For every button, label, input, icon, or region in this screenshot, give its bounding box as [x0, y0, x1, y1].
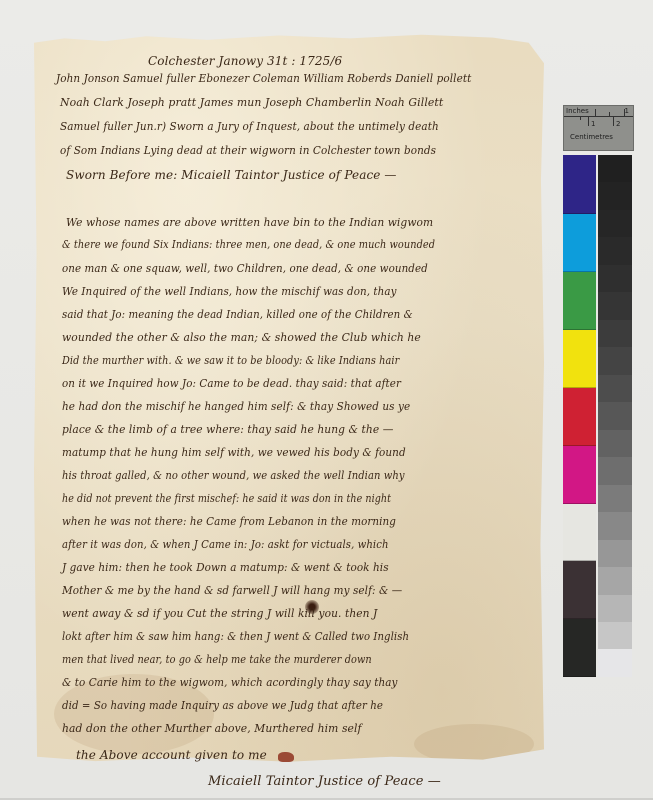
body-line-1: We whose names are above written have bi…: [66, 216, 433, 229]
body-line-4: We Inquired of the well Indians, how the…: [62, 285, 397, 298]
gray-step: [598, 182, 632, 209]
gray-step: [598, 320, 632, 347]
gray-step: [598, 430, 632, 457]
body-line-11: matump that he hung him self with, we ve…: [62, 446, 406, 459]
ruler-tick: [580, 116, 581, 120]
gray-step: [598, 210, 632, 237]
jurors-line-3: Samuel fuller Jun.r) Sworn a Jury of Inq…: [60, 120, 439, 133]
gray-step: [598, 457, 632, 484]
gray-step: [598, 375, 632, 402]
ruler-inch-mark: 1: [625, 107, 629, 115]
body-line-15: after it was don, & when J Came in: Jo: …: [62, 538, 389, 551]
ruler-divider: [564, 116, 633, 117]
body-line-7: Did the murther with. & we saw it to be …: [62, 354, 399, 367]
body-line-9: he had don the mischif he hanged him sel…: [62, 400, 410, 413]
body-line-21: & to Carie him to the wigwom, which acor…: [62, 676, 398, 689]
ruler-tick: [613, 116, 614, 126]
body-line-16: J gave him: then he took Down a matump: …: [62, 561, 389, 574]
gray-step: [598, 237, 632, 264]
color-patch-brown-black: [563, 561, 596, 619]
ruler-cm-mark-1: 1: [591, 120, 595, 128]
gray-step: [598, 649, 632, 676]
ruler-tick: [609, 112, 610, 116]
gray-step: [598, 567, 632, 594]
body-line-23: had don the other Murther above, Murther…: [62, 722, 362, 735]
color-patch-green: [563, 272, 596, 330]
gray-step: [598, 622, 632, 649]
gray-step: [598, 155, 632, 182]
color-patch-blue: [563, 155, 596, 214]
body-line-8: on it we Inquired how Jo: Came to be dea…: [62, 377, 401, 390]
body-line-18: went away & sd if you Cut the string J w…: [62, 607, 377, 620]
body-line-5: said that Jo: meaning the dead Indian, k…: [62, 308, 413, 321]
color-patch-magenta: [563, 446, 596, 504]
color-patch-column: [563, 155, 596, 677]
body-line-22: did = So having made Inquiry as above we…: [62, 699, 383, 712]
gray-step: [598, 347, 632, 374]
attestation-line: the Above account given to me: [76, 748, 267, 762]
color-patch-cyan: [563, 214, 596, 272]
gray-step: [598, 540, 632, 567]
ruler-centimetres-label: Centimetres: [570, 133, 613, 141]
jurors-line-2: Noah Clark Joseph pratt James mun Joseph…: [60, 96, 443, 109]
body-line-20: men that lived near, to go & help me tak…: [62, 653, 372, 666]
color-patch-red: [563, 388, 596, 446]
color-patch-black: [563, 619, 596, 677]
ruler-tick: [595, 109, 596, 116]
ruler-tick: [588, 116, 589, 126]
body-line-12: his throat galled, & no other wound, we …: [62, 469, 405, 482]
grayscale-step-column: [598, 155, 632, 677]
jurors-line-4: of Som Indians Lying dead at their wigwo…: [60, 144, 436, 157]
measurement-ruler: Inches 1 1 2 Centimetres: [563, 105, 634, 151]
ruler-inches-label: Inches: [566, 107, 589, 115]
gray-step: [598, 485, 632, 512]
ruler-cm-mark-2: 2: [616, 120, 620, 128]
dateline: Colchester Janowy 31t : 1725/6: [148, 54, 342, 68]
color-patch-white: [563, 504, 596, 561]
ruler-tick: [624, 109, 625, 116]
gray-step: [598, 595, 632, 622]
body-line-14: when he was not there: he Came from Leba…: [62, 515, 396, 528]
sworn-before-line: Sworn Before me: Micaiell Taintor Justic…: [66, 168, 397, 182]
jurors-line-1: John Jonson Samuel fuller Ebonezer Colem…: [56, 72, 471, 85]
body-line-13: he did not prevent the first mischef: he…: [62, 492, 391, 505]
gray-step: [598, 402, 632, 429]
gray-step: [598, 265, 632, 292]
signature: Micaiell Taintor Justice of Peace —: [208, 774, 441, 789]
body-line-10: place & the limb of a tree where: thay s…: [62, 423, 393, 436]
gray-step: [598, 292, 632, 319]
body-line-17: Mother & me by the hand & sd farwell J w…: [62, 584, 402, 597]
wax-seal-remnant: [278, 752, 294, 762]
color-patch-yellow: [563, 330, 596, 388]
body-line-3: one man & one squaw, well, two Children,…: [62, 262, 428, 275]
body-line-19: lokt after him & saw him hang: & then J …: [62, 630, 409, 643]
gray-step: [598, 512, 632, 539]
body-line-6: wounded the other & also the man; & show…: [62, 331, 421, 344]
body-line-2: & there we found Six Indians: three men,…: [62, 238, 435, 251]
